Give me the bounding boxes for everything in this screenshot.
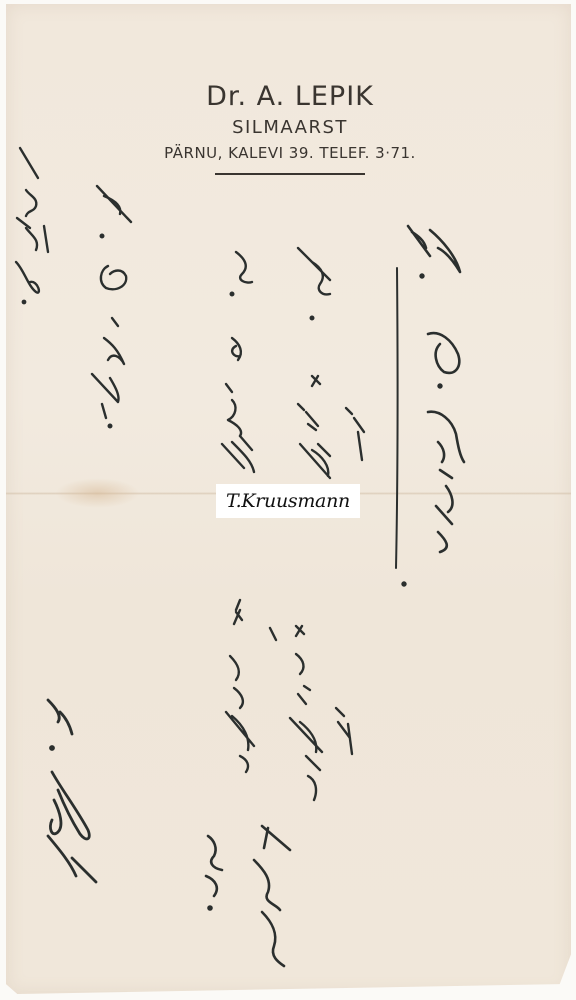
- signature-text: Lepik: [0, 0, 1, 1]
- letterhead-rule: [215, 173, 365, 175]
- watermark-label: T.Kruusmann: [216, 484, 360, 518]
- doctor-title: SILMAARST: [120, 116, 460, 140]
- document-page: Dr. A. LEPIK SILMAARST PÄRNU, KALEVI 39.…: [0, 0, 576, 1000]
- doctor-name: Dr. A. LEPIK: [120, 80, 460, 114]
- doctor-address: PÄRNU, KALEVI 39. TELEF. 3·71.: [120, 142, 460, 164]
- letterhead: Dr. A. LEPIK SILMAARST PÄRNU, KALEVI 39.…: [120, 80, 460, 175]
- paper-stain: [55, 478, 140, 508]
